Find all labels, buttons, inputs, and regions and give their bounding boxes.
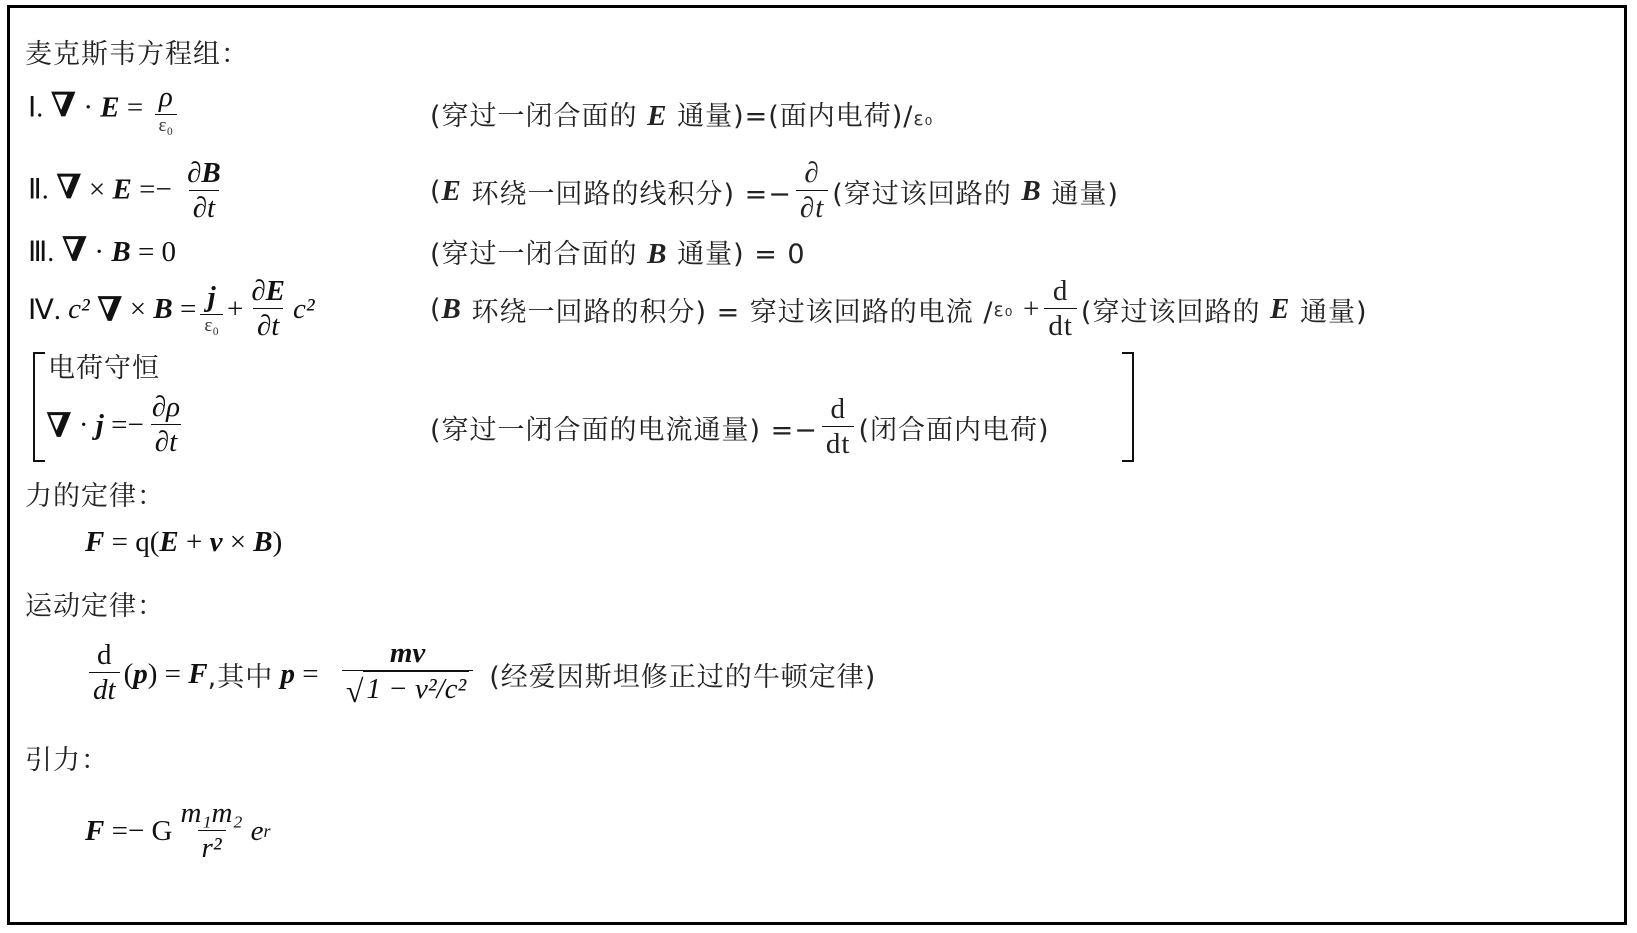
denominator: dt: [822, 426, 855, 462]
equals-minus: =−: [139, 174, 172, 206]
nabla-symbol: ∇: [97, 290, 123, 330]
close-paren: ): [273, 526, 283, 558]
fraction-displacement: ∂E ∂t: [247, 276, 289, 344]
denominator: ∂t: [253, 308, 283, 344]
symbol-B: B: [647, 238, 667, 270]
numeral: Ⅰ.: [28, 93, 43, 124]
motion-section-title: 运动定律：: [25, 584, 165, 623]
numeral: Ⅲ.: [28, 237, 54, 268]
text: 通量): [1300, 290, 1368, 329]
numerator: d: [93, 640, 116, 672]
symbol-E: E: [113, 174, 132, 206]
equation-no-monopole: Ⅲ. ∇ · B = 0: [28, 230, 176, 270]
symbol-E: E: [100, 92, 119, 124]
nabla-symbol: ∇: [62, 232, 88, 269]
text: (穿过该回路的: [1081, 290, 1261, 329]
text: 通量)=(面内电荷)/: [677, 101, 913, 132]
symbol-E: E: [647, 100, 667, 132]
description-faraday-law: ( E 环绕一回路的线积分) =− ∂ ∂t (穿过该回路的 B 通量): [430, 158, 1119, 226]
numerator: ρ: [155, 82, 177, 114]
numerator: ∂ρ: [148, 392, 184, 424]
cross-operator: ×: [230, 526, 246, 558]
plus: +: [227, 293, 243, 326]
cross-operator: ×: [89, 174, 105, 206]
denominator: ∂t: [151, 424, 181, 460]
text: (闭合面内电荷): [858, 408, 1049, 447]
maxwell-section-title: 麦克斯韦方程组：: [25, 32, 249, 71]
epsilon-zero: ε₀: [913, 108, 933, 130]
denominator: ε₀: [200, 314, 223, 338]
text: (: [430, 176, 442, 207]
fraction-current: j ε₀: [200, 282, 223, 338]
radical-sign-icon: √: [346, 675, 364, 707]
equals-zero: = 0: [138, 236, 176, 268]
text: 环绕一回路的积分) = 穿过该回路的电流 /: [471, 290, 993, 329]
equation-faraday-law: Ⅱ. ∇ × E =− ∂B ∂t: [28, 158, 229, 226]
description-no-monopole: (穿过一闭合面的 B 通量) = 0: [430, 232, 806, 271]
equals: =: [127, 92, 143, 124]
c-squared: c²: [68, 293, 90, 326]
symbol-B: B: [442, 293, 462, 326]
dot-operator: ·: [94, 236, 104, 268]
fraction-d-dt: d dt: [89, 640, 120, 708]
fraction: d dt: [822, 394, 855, 462]
nabla-symbol: ∇: [46, 406, 72, 446]
text: (穿过一闭合面的: [430, 101, 638, 132]
numerator: ∂B: [183, 158, 225, 190]
symbol-p: p: [133, 658, 148, 691]
dt: dt: [1048, 310, 1073, 342]
open-paren: (: [124, 658, 134, 691]
symbol-E: E: [1270, 293, 1290, 326]
equals: =: [302, 658, 318, 691]
equation-gravitation: F =− G m₁m₂ r² er: [85, 798, 270, 866]
c-squared: c²: [293, 293, 315, 326]
equals: =: [165, 658, 181, 691]
dot-operator: ·: [79, 409, 89, 442]
symbol-F: F: [85, 526, 104, 558]
text-where: ,其中: [208, 655, 274, 694]
denominator: dt: [89, 672, 120, 708]
fraction-masses: m₁m₂ r²: [177, 798, 247, 866]
numerator: mv: [330, 638, 485, 670]
numerator: ∂: [800, 158, 823, 190]
conservation-title: 电荷守恒: [48, 346, 160, 385]
text: 通量): [1051, 172, 1119, 211]
text: (穿过该回路的: [832, 172, 1012, 211]
symbol-F: F: [188, 658, 207, 691]
dot-operator: ·: [83, 92, 93, 124]
description-charge-conservation: (穿过一闭合面的电流通量) =− d dt (闭合面内电荷): [430, 394, 1050, 462]
force-section-title: 力的定律：: [25, 474, 165, 513]
numerator: d: [1049, 276, 1073, 308]
text: (穿过一闭合面的: [430, 239, 638, 270]
equation-charge-conservation: ∇ · j =− ∂ρ ∂t: [46, 392, 188, 460]
nabla-symbol: ∇: [56, 170, 82, 207]
document-frame: [7, 5, 1627, 925]
fraction: ∂ρ ∂t: [148, 392, 184, 460]
square-root: √ 1 − v²/c²: [346, 671, 469, 707]
equation-lorentz-force: F = q(E + v × B): [85, 526, 282, 559]
symbol-B: B: [1021, 175, 1041, 208]
nabla-symbol: ∇: [51, 88, 77, 125]
equation-gauss-law: Ⅰ. ∇ · E = ρ ε₀: [28, 82, 181, 138]
denominator: ∂t: [796, 190, 828, 226]
numeral: Ⅳ.: [28, 293, 61, 327]
numerator: ∂E: [247, 276, 289, 308]
numerator: j: [204, 282, 220, 314]
gravity-section-title: 引力：: [25, 738, 109, 777]
fraction: ∂ ∂t: [796, 158, 828, 226]
description-gauss-law: (穿过一闭合面的 E 通量)=(面内电荷)/ε₀: [430, 94, 933, 133]
equals-minus-G: =− G: [112, 815, 173, 848]
symbol-p: p: [280, 658, 295, 691]
cross-operator: ×: [130, 293, 146, 326]
denominator: ε₀: [155, 114, 178, 138]
epsilon-zero: ε₀: [994, 299, 1014, 321]
note-einstein-correction: (经爱因斯坦修正过的牛顿定律): [489, 655, 876, 694]
fraction-momentum: mv √ 1 − v²/c²: [330, 638, 485, 710]
symbol-j: j: [96, 409, 104, 442]
symbol-F: F: [85, 815, 104, 848]
plus: +: [1023, 293, 1040, 326]
fraction: ρ ε₀: [155, 82, 178, 138]
denominator: ∂t: [189, 190, 219, 226]
close-paren: ): [148, 658, 158, 691]
description-ampere-maxwell: ( B 环绕一回路的积分) = 穿过该回路的电流 / ε₀ + d dt (穿过…: [430, 276, 1368, 344]
right-bracket: [1122, 352, 1134, 462]
equals: =: [180, 293, 196, 326]
symbol-B: B: [111, 236, 130, 268]
radicand: 1 − v²/c²: [363, 671, 469, 707]
equals-minus: =−: [111, 409, 144, 442]
numerator: d: [826, 394, 850, 426]
equation-ampere-maxwell: Ⅳ. c² ∇ × B = j ε₀ + ∂E ∂t c²: [28, 276, 315, 344]
numerator: m₁m₂: [177, 798, 247, 830]
plus: +: [186, 526, 202, 558]
denominator: dt: [1044, 308, 1077, 344]
denominator: r²: [198, 830, 226, 866]
fraction: d dt: [1044, 276, 1077, 344]
equals-q: = q(: [112, 526, 160, 558]
text: 通量) = 0: [677, 239, 806, 270]
symbol-E: E: [442, 175, 462, 208]
numeral: Ⅱ.: [28, 175, 49, 206]
symbol-v: v: [210, 526, 223, 558]
fraction: ∂B ∂t: [183, 158, 225, 226]
denominator: √ 1 − v²/c²: [342, 670, 473, 711]
text: 环绕一回路的线积分) =−: [471, 172, 791, 211]
text: (: [430, 294, 442, 325]
left-bracket: [33, 352, 45, 462]
symbol-B: B: [253, 526, 272, 558]
symbol-B: B: [153, 293, 172, 326]
equation-relativistic-motion: d dt ( p ) = F ,其中 p = mv √ 1 − v²/c² (经…: [85, 638, 876, 710]
text: (穿过一闭合面的电流通量) =−: [430, 408, 818, 447]
subscript-r: r: [263, 821, 270, 842]
unit-vector-e: e: [251, 815, 264, 848]
symbol-E: E: [159, 526, 178, 558]
